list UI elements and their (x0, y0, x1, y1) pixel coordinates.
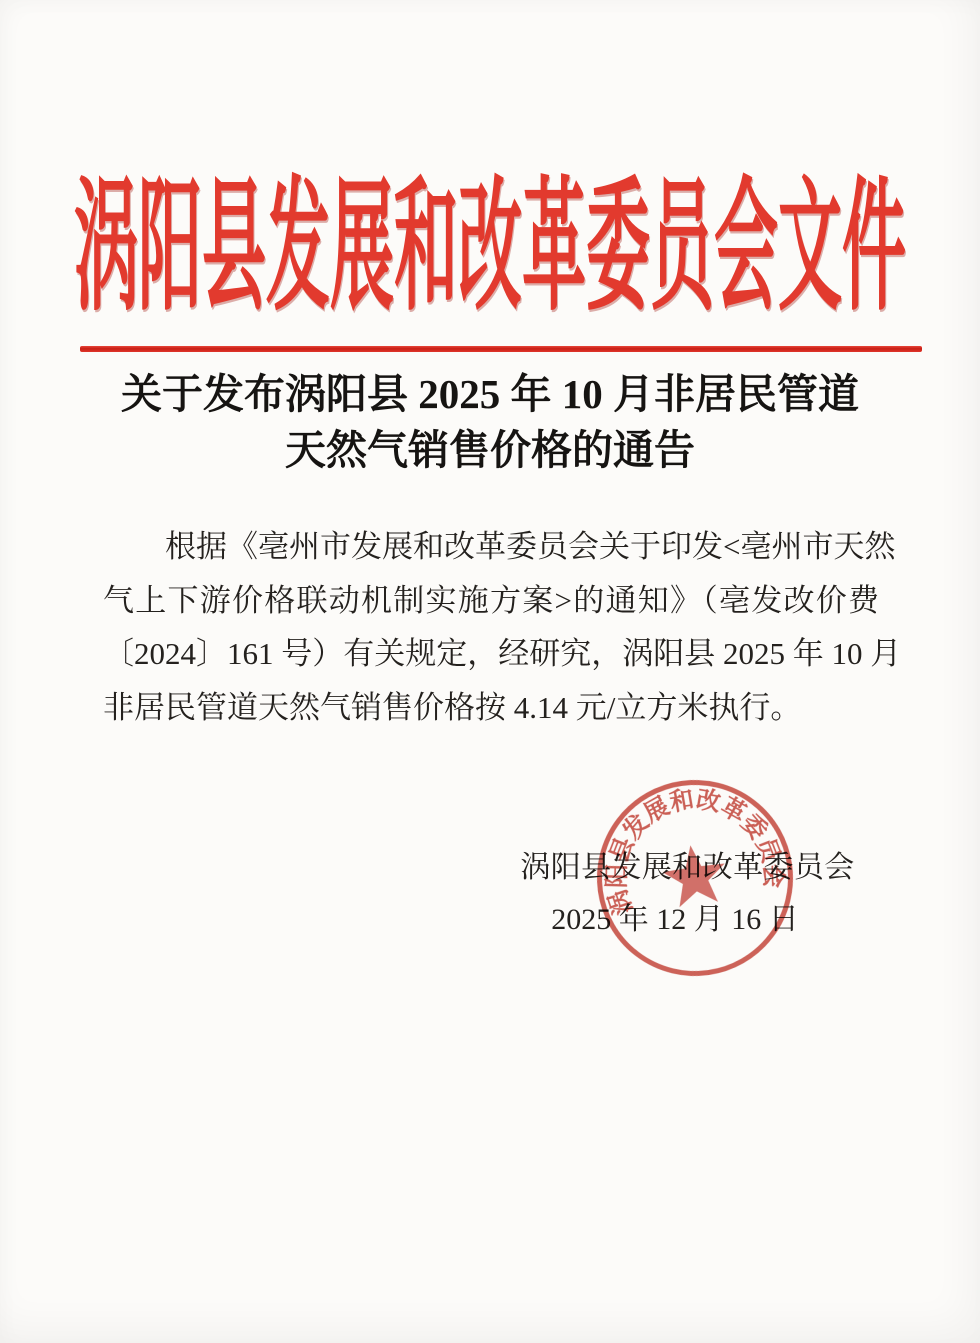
body-line: 非居民管道天然气销售价格按 4.14 元/立方米执行。 (103, 681, 879, 735)
seal-arc-text: 涡阳县发展和改革委员会 (590, 774, 791, 919)
doc-title: 关于发布涡阳县 2025 年 10 月非居民管道 天然气销售价格的通告 (0, 366, 980, 478)
document-page: 涡阳县发展和改革委员会文件 关于发布涡阳县 2025 年 10 月非居民管道 天… (0, 0, 980, 1343)
body-line: 根据《亳州市发展和改革委员会关于印发<亳州市天然 (103, 520, 879, 574)
doc-header-title: 涡阳县发展和改革委员会文件 (0, 132, 980, 339)
body-line: 〔2024〕161 号）有关规定，经研究，涡阳县 2025 年 10 月 (103, 627, 879, 681)
official-seal: 涡阳县发展和改革委员会 (580, 763, 810, 993)
red-divider (80, 346, 922, 352)
body-line: 气上下游价格联动机制实施方案>的通知》（亳发改价费 (103, 574, 879, 628)
star-icon (659, 841, 729, 909)
svg-text:涡阳县发展和改革委员会: 涡阳县发展和改革委员会 (590, 774, 791, 919)
body-paragraph: 根据《亳州市发展和改革委员会关于印发<亳州市天然 气上下游价格联动机制实施方案>… (103, 520, 879, 734)
doc-title-line2: 天然气销售价格的通告 (0, 422, 980, 478)
doc-title-line1: 关于发布涡阳县 2025 年 10 月非居民管道 (0, 366, 980, 422)
